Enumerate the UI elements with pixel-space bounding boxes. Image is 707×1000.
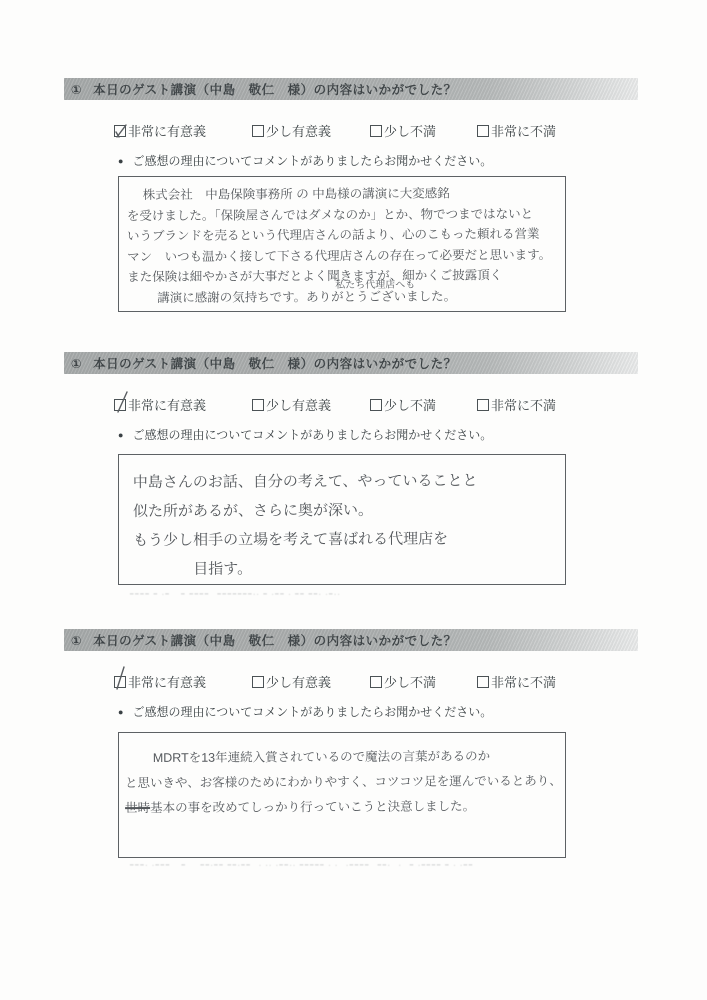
- option-label: 少し有意義: [266, 672, 331, 691]
- section-number: ①: [71, 356, 82, 371]
- comment-line: 世時基本の事を改めてしっかり行っていこうと決意しました。: [125, 794, 559, 821]
- checkbox-very-dissatisfied[interactable]: [477, 399, 489, 411]
- handwritten-comment: 株式会社 中島保険事務所 の 中島様の講演に大変感銘 を受けました。「保険屋さん…: [119, 176, 566, 312]
- faint-cutoff-print-line: ╌╌╌╌ ╌ ·╌ ╌ ╌╌╌╌ ╌╌╌╌╌╌╌·· ╌ ·╌╌ · ╌╌ ╌╌…: [130, 589, 341, 598]
- option-somewhat-dissatisfied: 少し不満: [370, 672, 436, 691]
- rating-options-row: 非常に有意義 少し有意義 少し不満 非常に不満: [0, 672, 707, 690]
- comment-prompt: ● ご感想の理由についてコメントがありましたらお聞かせください。: [118, 426, 492, 443]
- checkbox-somewhat-meaningful[interactable]: [252, 399, 264, 411]
- option-label: 少し有意義: [266, 121, 331, 140]
- comment-line: もう少し相手の立場を考えて喜ばれる代理店を: [133, 524, 551, 555]
- survey-section-2: ① 本日のゲスト講演（中島 敬仁 様）の内容はいかがでした？ 非常に有意義 少し…: [0, 352, 707, 626]
- comment-line: 株式会社 中島保険事務所 の 中島様の講演に大変感銘: [127, 183, 557, 206]
- comment-line: と思いきや、お客様のためにわかりやすく、コツコツ足を運んでいるとあり、: [125, 769, 559, 796]
- bullet-icon: ●: [118, 707, 123, 717]
- option-label: 非常に不満: [491, 672, 556, 691]
- comment-line: マン いつも温かく接して下さる代理店さんの存在って必要だと思います。: [127, 244, 557, 267]
- option-label: 非常に有意義: [128, 672, 206, 691]
- comment-prompt-text: ご感想の理由についてコメントがありましたらお聞かせください。: [132, 703, 492, 720]
- bullet-icon: ●: [118, 156, 123, 166]
- option-very-meaningful: 非常に有意義: [114, 121, 206, 140]
- survey-section-1: ① 本日のゲスト講演（中島 敬仁 様）の内容はいかがでした？ 非常に有意義 少し…: [0, 78, 707, 352]
- option-somewhat-dissatisfied: 少し不満: [370, 121, 436, 140]
- comment-line: 似た所があるが、さらに奥が深い。: [133, 495, 551, 526]
- option-very-dissatisfied: 非常に不満: [477, 672, 556, 691]
- checkbox-very-meaningful[interactable]: [114, 399, 126, 411]
- option-label: 少し有意義: [266, 395, 331, 414]
- comment-line: を受けました。「保険屋さんではダメなのか」とか、物でつまではないと: [127, 203, 557, 226]
- bullet-icon: ●: [118, 430, 123, 440]
- section-title: 本日のゲスト講演（中島 敬仁 様）の内容はいかがでした？: [93, 80, 457, 98]
- handwritten-comment: 中島さんのお話、自分の考えて、やっていることと 似た所があるが、さらに奥が深い。…: [119, 454, 566, 585]
- checkbox-very-meaningful[interactable]: [114, 125, 126, 137]
- option-label: 非常に不満: [491, 395, 556, 414]
- checkbox-very-dissatisfied[interactable]: [477, 125, 489, 137]
- option-somewhat-meaningful: 少し有意義: [252, 395, 331, 414]
- section-header-bar: ① 本日のゲスト講演（中島 敬仁 様）の内容はいかがでした？: [64, 352, 638, 374]
- comment-line: MDRTを13年連続入賞されているので魔法の言葉があるのか: [125, 744, 559, 771]
- option-label: 少し不満: [384, 672, 436, 691]
- comment-line: いうブランドを売るという代理店さんの話より、心のこもった頼れる営業: [127, 224, 557, 247]
- option-label: 少し不満: [384, 121, 436, 140]
- checkbox-somewhat-meaningful[interactable]: [252, 676, 264, 688]
- rating-options-row: 非常に有意義 少し有意義 少し不満 非常に不満: [0, 121, 707, 139]
- section-header-bar: ① 本日のゲスト講演（中島 敬仁 様）の内容はいかがでした？: [64, 78, 638, 100]
- checkbox-somewhat-dissatisfied[interactable]: [370, 125, 382, 137]
- comment-prompt: ● ご感想の理由についてコメントがありましたらお聞かせください。: [118, 703, 492, 720]
- option-label: 非常に有意義: [128, 121, 206, 140]
- comment-line: 目指す。: [133, 553, 551, 584]
- section-number: ①: [71, 82, 82, 97]
- option-label: 非常に不満: [491, 121, 556, 140]
- comment-box: 中島さんのお話、自分の考えて、やっていることと 似た所があるが、さらに奥が深い。…: [118, 454, 566, 585]
- option-somewhat-meaningful: 少し有意義: [252, 672, 331, 691]
- section-title: 本日のゲスト講演（中島 敬仁 様）の内容はいかがでした？: [93, 354, 457, 372]
- option-somewhat-meaningful: 少し有意義: [252, 121, 331, 140]
- comment-line: 中島さんのお話、自分の考えて、やっていることと: [133, 466, 551, 497]
- option-very-dissatisfied: 非常に不満: [477, 121, 556, 140]
- comment-line-text: 基本の事を改めてしっかり行っていこうと決意しました。: [150, 799, 475, 815]
- checkbox-very-meaningful[interactable]: [114, 676, 126, 688]
- comment-box: 株式会社 中島保険事務所 の 中島様の講演に大変感銘 を受けました。「保険屋さん…: [118, 176, 566, 312]
- section-number: ①: [71, 633, 82, 648]
- scribbled-out-text: 世時: [125, 801, 150, 815]
- section-header-bar: ① 本日のゲスト講演（中島 敬仁 様）の内容はいかがでした？: [64, 629, 638, 651]
- option-very-dissatisfied: 非常に不満: [477, 395, 556, 414]
- inserted-annotation: 私たち代理店へも: [335, 276, 415, 297]
- rating-options-row: 非常に有意義 少し有意義 少し不満 非常に不満: [0, 395, 707, 413]
- checkbox-somewhat-dissatisfied[interactable]: [370, 399, 382, 411]
- checkbox-somewhat-dissatisfied[interactable]: [370, 676, 382, 688]
- option-very-meaningful: 非常に有意義: [114, 672, 206, 691]
- option-somewhat-dissatisfied: 少し不満: [370, 395, 436, 414]
- checkbox-somewhat-meaningful[interactable]: [252, 125, 264, 137]
- option-label: 少し不満: [384, 395, 436, 414]
- handwritten-comment: MDRTを13年連続入賞されているので魔法の言葉があるのか と思いきや、お客様の…: [119, 732, 566, 858]
- comment-prompt: ● ご感想の理由についてコメントがありましたらお聞かせください。: [118, 152, 492, 169]
- survey-section-3: ① 本日のゲスト講演（中島 敬仁 様）の内容はいかがでした？ 非常に有意義 少し…: [0, 629, 707, 903]
- comment-box: MDRTを13年連続入賞されているので魔法の言葉があるのか と思いきや、お客様の…: [118, 732, 566, 858]
- faint-cutoff-print-line: ╌╌╌· ·╌╌╌ ╌ ╌╌·╌╌ ╌╌·╌╌ · ·· ·╌╌·· ╌╌╌╌╌…: [130, 860, 474, 869]
- option-label: 非常に有意義: [128, 395, 206, 414]
- section-title: 本日のゲスト講演（中島 敬仁 様）の内容はいかがでした？: [93, 631, 457, 649]
- option-very-meaningful: 非常に有意義: [114, 395, 206, 414]
- checkbox-very-dissatisfied[interactable]: [477, 676, 489, 688]
- comment-prompt-text: ご感想の理由についてコメントがありましたらお聞かせください。: [132, 152, 492, 169]
- scanned-survey-page: ① 本日のゲスト講演（中島 敬仁 様）の内容はいかがでした？ 非常に有意義 少し…: [0, 0, 707, 1000]
- comment-prompt-text: ご感想の理由についてコメントがありましたらお聞かせください。: [132, 426, 492, 443]
